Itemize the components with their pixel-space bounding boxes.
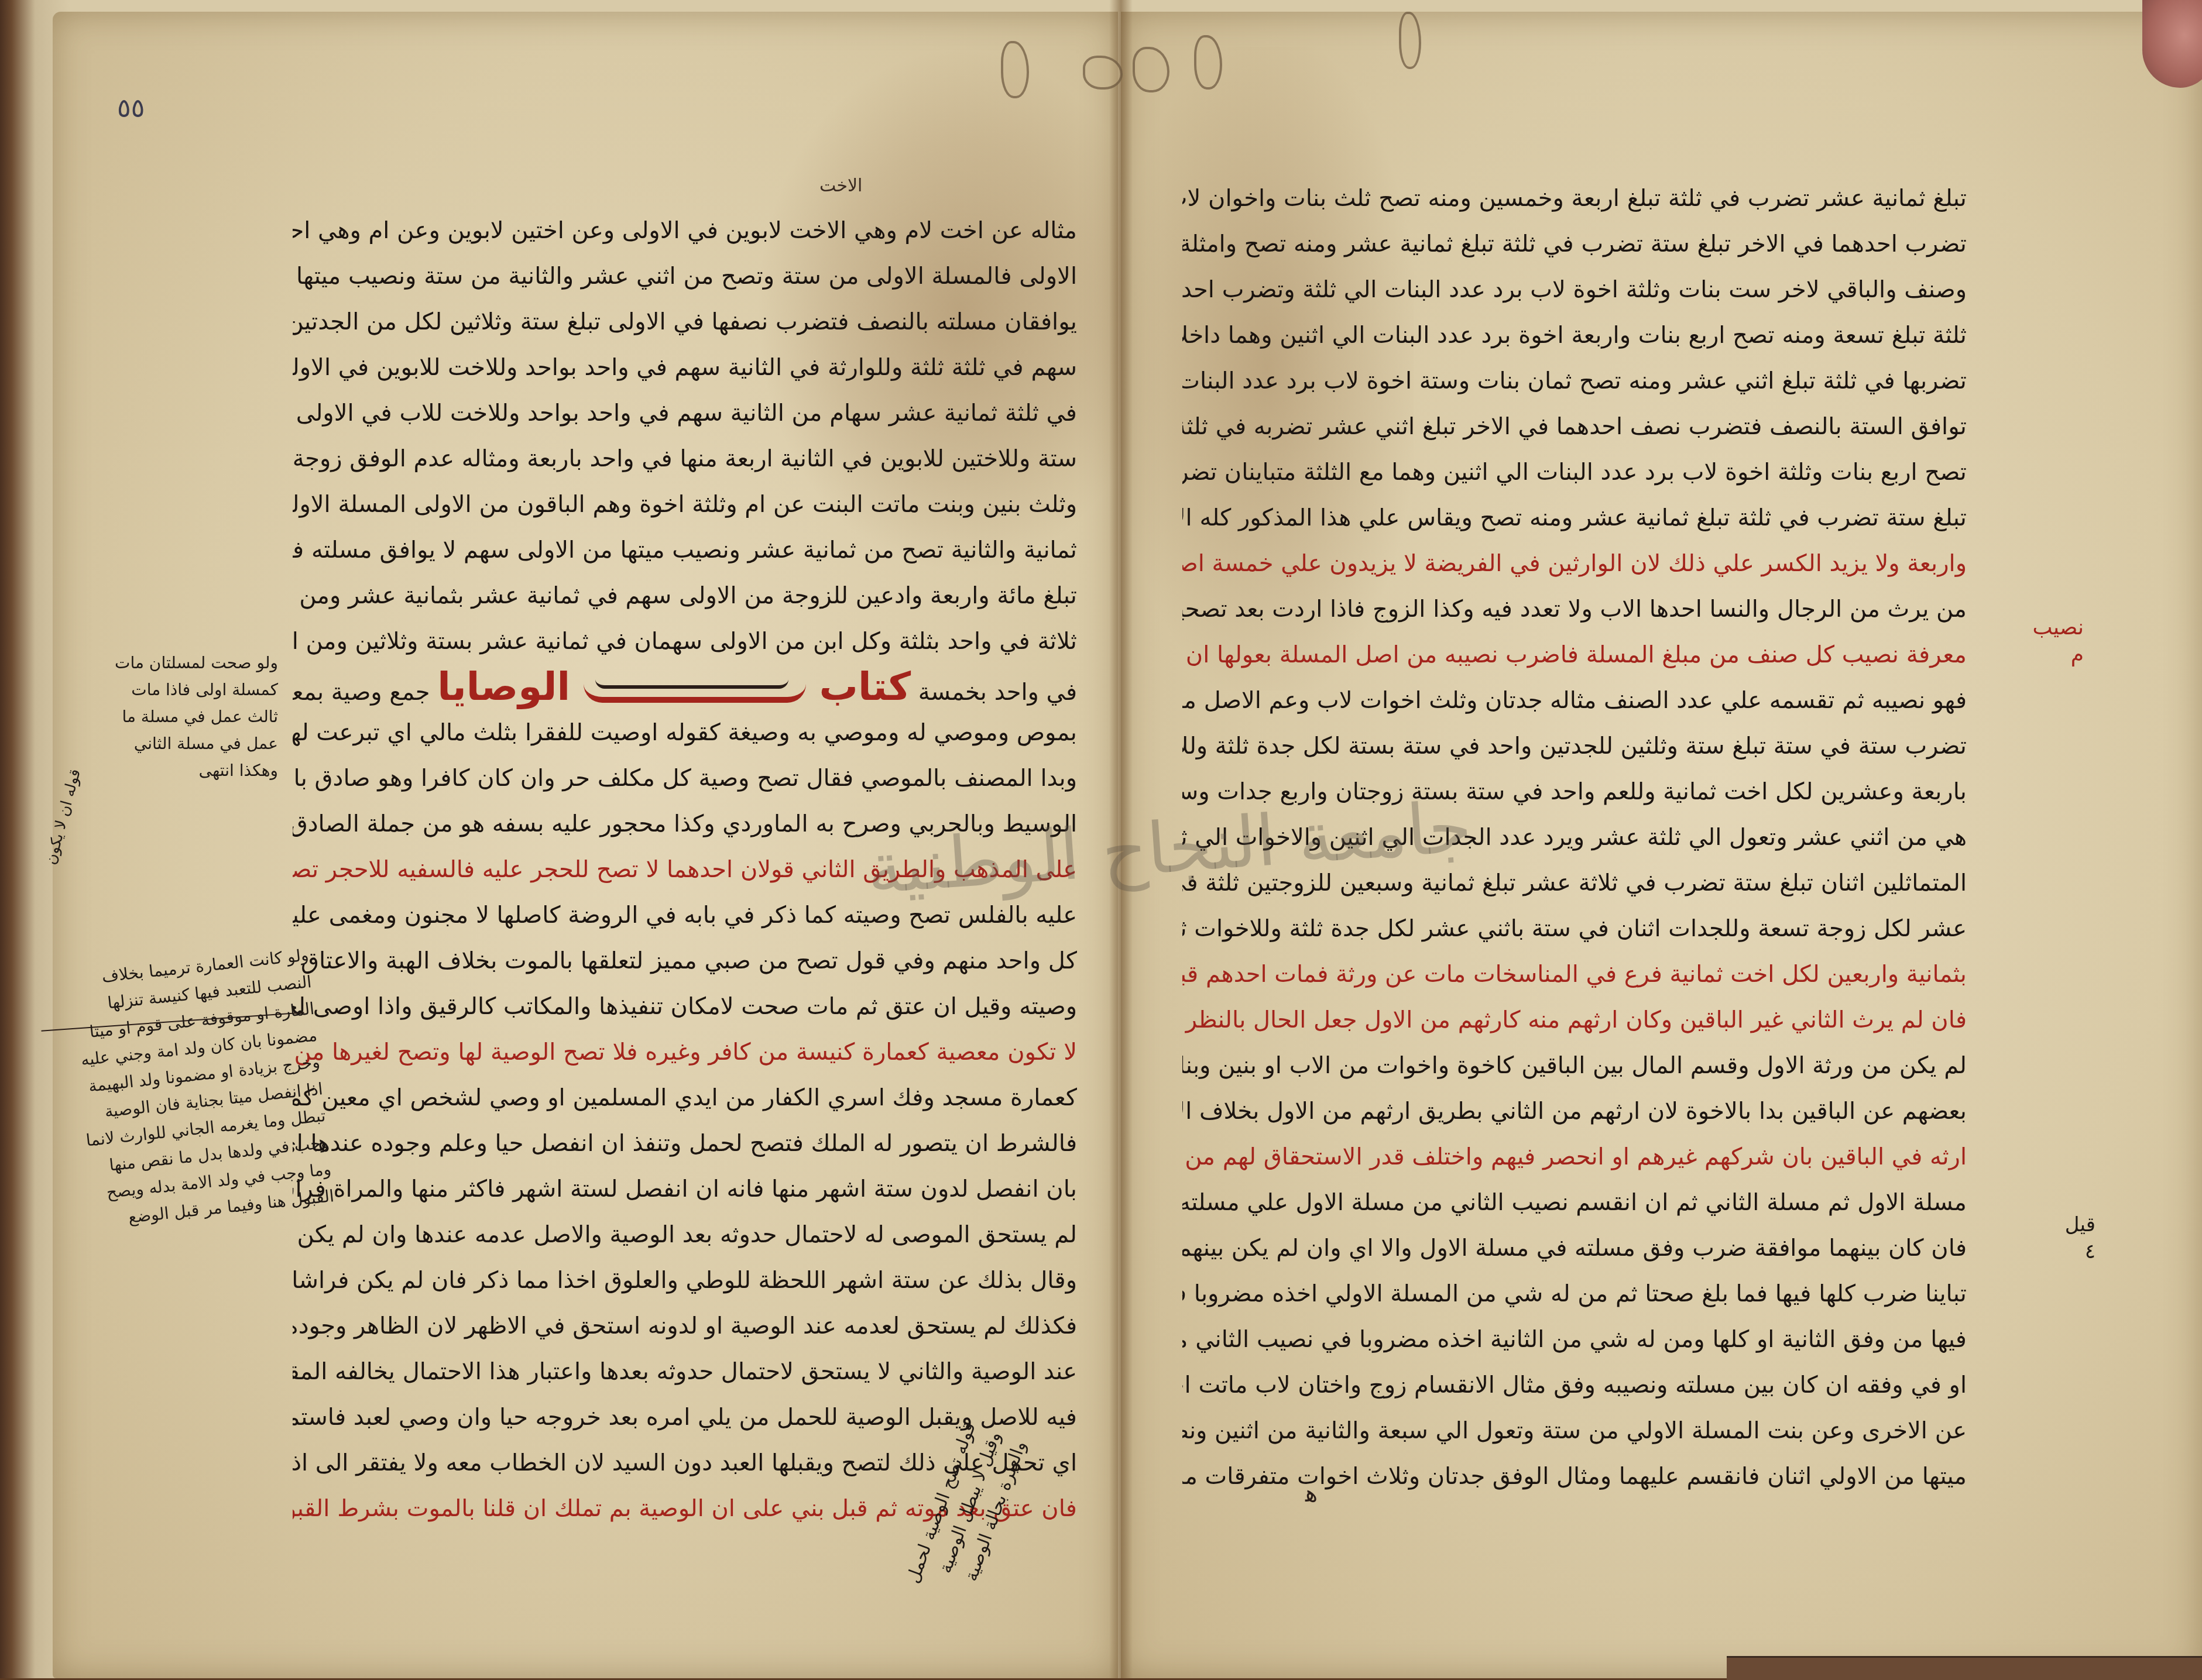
text-line: في ثلثة ثمانية عشر سهام من الثانية سهم ف…: [293, 390, 1077, 436]
text-line: يوافقان مسلته بالنصف فتضرب نصفها في الاو…: [293, 299, 1077, 345]
text-line: ثلاثة في واحد بثلثة وكل ابن من الاولى سه…: [293, 619, 1077, 664]
text-line: عند الوصية والثاني لا يستحق لاحتمال حدوث…: [293, 1349, 1077, 1394]
text-line: وقال بذلك عن ستة اشهر اللحظة للوطي والعل…: [293, 1258, 1077, 1303]
text-line: تبلغ ستة تضرب في ثلثة تبلغ ثمانية عشر وم…: [1182, 495, 1967, 541]
text-line: مثاله عن اخت لام وهي الاخت لابوين في الا…: [293, 208, 1077, 253]
rubric-line: معرفة نصيب كل صنف من مبلغ المسلة فاضرب ن…: [1182, 632, 1967, 678]
text-line: عن الاخرى وعن بنت المسلة الاولي من ستة و…: [1182, 1408, 1967, 1454]
text-line: وبدا المصنف بالموصي فقال تصح وصية كل مكل…: [293, 755, 1077, 801]
text-line: عشر لكل زوجة تسعة وللجدات اثنان في ستة ب…: [1182, 906, 1967, 951]
holding-thumb: [2142, 0, 2202, 88]
text-fragment: في واحد بخمسة: [918, 679, 1077, 706]
text-line: بعضهم عن الباقين بدا بالاخوة لان ارثهم م…: [1182, 1088, 1967, 1134]
manuscript-spread: ٥٥ الاخت مثاله عن اخت لام وهي الاخت لابو…: [0, 0, 2202, 1678]
catchword-top-left: الاخت: [819, 176, 862, 196]
text-line: بان انفصل لدون ستة اشهر منها فانه ان انف…: [293, 1166, 1077, 1212]
text-line: الاولى فالمسلة الاولى من ستة وتصح من اثن…: [293, 253, 1077, 299]
text-line: تضرب احدهما في الاخر تبلغ ستة تضرب في ثل…: [1182, 221, 1967, 267]
text-line: فهو نصيبه ثم تقسمه علي عدد الصنف مثاله ج…: [1182, 678, 1967, 723]
text-line: من يرث من الرجال والنسا احدها الاب ولا ت…: [1182, 586, 1967, 632]
text-line: ستة وللاختين للابوين في الثانية اربعة من…: [293, 436, 1077, 482]
text-line: سهم في ثلثة ثلثة وللوارثة في الثانية سهم…: [293, 345, 1077, 390]
text-line: تضربها في ثلثة تبلغ اثني عشر ومنه تصح ثم…: [1182, 358, 1967, 404]
text-line: لم يكن من ورثة الاول وقسم المال بين البا…: [1182, 1043, 1967, 1088]
text-line: ثلثة تبلغ تسعة ومنه تصح اربع بنات واربعة…: [1182, 312, 1967, 358]
margin-note-left-middle: ولو صحت لمسلتان مات كمسلة اولى فاذا مات …: [108, 650, 278, 784]
torn-page-edge: [1727, 1656, 2202, 1678]
rubric-line: فان لم يرث الثاني غير الباقين وكان ارثهم…: [1182, 997, 1967, 1043]
text-line: فيها من وفق الثانية او كلها ومن له شي من…: [1182, 1317, 1967, 1362]
text-line: تبلغ ثمانية عشر تضرب في ثلثة تبلغ اربعة …: [1182, 176, 1967, 221]
text-line: وصنف والباقي لاخر ست بنات وثلثة اخوة لاب…: [1182, 267, 1967, 312]
heading-swash-ornament: [584, 684, 806, 703]
text-line: وثلث بنين وبنت ماتت البنت عن ام وثلثة اخ…: [293, 482, 1077, 527]
margin-note-left-lower: ولو كانت العمارة ترميما بخلاف النصب للتع…: [63, 942, 335, 1235]
text-line: لم يستحق الموصى له لاحتمال حدوثه بعد الو…: [293, 1212, 1077, 1258]
text-line: فكذلك لم يستحق لعدمه عند الوصية او لدونه…: [293, 1303, 1077, 1349]
margin-note-right-middle: نصيب م: [2014, 614, 2084, 668]
text-line: تصح اربع بنات وثلثة اخوة لاب برد عدد الب…: [1182, 449, 1967, 495]
heading-line: في واحد بخمسة كتاب الوصايا جمع وصية بمعن…: [293, 664, 1077, 710]
text-line: وصيته وقيل ان عتق ثم مات صحت لامكان تنفي…: [293, 984, 1077, 1029]
text-line: ميتها من الاولي اثنان فانقسم عليهما ومثا…: [1182, 1454, 1967, 1499]
text-line: ثمانية والثانية تصح من ثمانية عشر ونصيب …: [293, 527, 1077, 573]
text-line: تباينا ضرب كلها فيها فما بلغ صحتا ثم من …: [1182, 1271, 1967, 1317]
text-line: كل واحد منهم وفي قول تصح من صبي مميز لتع…: [293, 938, 1077, 984]
chapter-heading-title: الوصايا: [437, 664, 570, 709]
margin-note-right-lower: قيل ٤: [2049, 1211, 2095, 1265]
ink-mark: ﻫ: [1305, 1480, 1318, 1507]
rubric-line: لا تكون معصية كعمارة كنيسة من كافر وغيره…: [293, 1029, 1077, 1075]
text-line: مسلة الاول ثم مسلة الثاني ثم ان انقسم نص…: [1182, 1180, 1967, 1225]
rubric-line: واربعة ولا يزيد الكسر علي ذلك لان الوارث…: [1182, 541, 1967, 586]
text-fragment: جمع وصية بمعنى ايصا وتحقق: [293, 679, 430, 706]
text-line: تبلغ مائة واربعة وادعين للزوجة من الاولى…: [293, 573, 1077, 619]
text-line: بموص وموصي له وموصي به وصيغة كقوله اوصيت…: [293, 710, 1077, 755]
text-line: كعمارة مسجد وفك اسري الكفار من ايدي المس…: [293, 1075, 1077, 1121]
rubric-line: بثمانية واربعين لكل اخت ثمانية فرع في ال…: [1182, 951, 1967, 997]
chapter-heading-word: كتاب: [819, 664, 911, 709]
text-line: فان كان بينهما موافقة ضرب وفق مسلته في م…: [1182, 1225, 1967, 1271]
text-line: تضرب ستة في ستة تبلغ ستة وثلثين للجدتين …: [1182, 723, 1967, 769]
rubric-line: ارثه في الباقين بان شركهم غيرهم او انحصر…: [1182, 1134, 1967, 1180]
text-line: او في وفقه ان كان بين مسلته ونصيبه وفق م…: [1182, 1362, 1967, 1408]
folio-number: ٥٥: [117, 94, 145, 123]
text-line: توافق الستة بالنصف فتضرب نصف احدهما في ا…: [1182, 404, 1967, 449]
text-line: فالشرط ان يتصور له الملك فتصح لحمل وتنفذ…: [293, 1121, 1077, 1166]
